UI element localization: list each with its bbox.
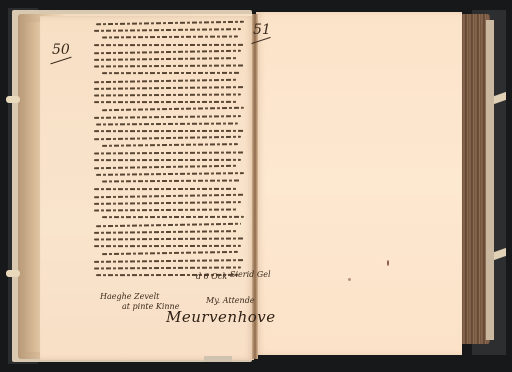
handwritten-line (94, 237, 244, 240)
page-number-left: 50 (52, 42, 70, 58)
closing-date: d 6 Ock (196, 272, 227, 281)
handwritten-line (102, 107, 244, 111)
handwritten-line (96, 122, 238, 125)
ink-dot (348, 278, 351, 281)
closing-text: Sierid Gel (230, 270, 271, 279)
handwritten-line (96, 172, 244, 176)
handwritten-line (94, 193, 244, 198)
fore-edge-shade (486, 20, 494, 340)
tie-ribbon (6, 270, 20, 277)
handwritten-line (94, 151, 244, 154)
handwritten-line (94, 86, 244, 90)
handwritten-text-block (94, 22, 250, 292)
handwritten-line (96, 21, 244, 26)
handwritten-line (94, 28, 241, 32)
page-tab (204, 356, 232, 362)
handwritten-line (96, 222, 241, 227)
handwritten-line (94, 78, 238, 83)
handwritten-line (94, 136, 241, 141)
handwritten-line (94, 165, 238, 170)
handwritten-line (94, 245, 241, 247)
handwritten-line (94, 115, 241, 119)
right-page (256, 12, 462, 355)
handwritten-line (94, 65, 244, 68)
handwritten-line (102, 36, 238, 39)
ink-mark (387, 260, 389, 266)
closing-line: Haeghe Zevelt (100, 292, 159, 301)
signature-prefix: My. Attende (206, 296, 255, 305)
handwritten-line (94, 50, 241, 55)
tie-ribbon (6, 96, 20, 103)
handwritten-line (94, 209, 238, 212)
handwritten-line (94, 93, 241, 96)
handwritten-line (94, 187, 238, 189)
handwritten-line (102, 251, 238, 255)
handwritten-line (94, 201, 241, 205)
handwritten-line (94, 43, 244, 45)
handwritten-line (94, 159, 241, 161)
handwritten-line (102, 216, 244, 218)
handwritten-line (102, 144, 238, 148)
page-number-right: 51 (253, 22, 271, 38)
handwritten-line (94, 230, 238, 234)
handwritten-line (94, 266, 241, 269)
handwritten-line (102, 180, 241, 183)
handwritten-line (94, 101, 238, 103)
handwritten-line (94, 259, 244, 263)
handwritten-line (94, 130, 244, 132)
handwritten-line (94, 57, 238, 61)
signature: Meurvenhove (166, 308, 276, 326)
handwritten-line (102, 72, 241, 74)
